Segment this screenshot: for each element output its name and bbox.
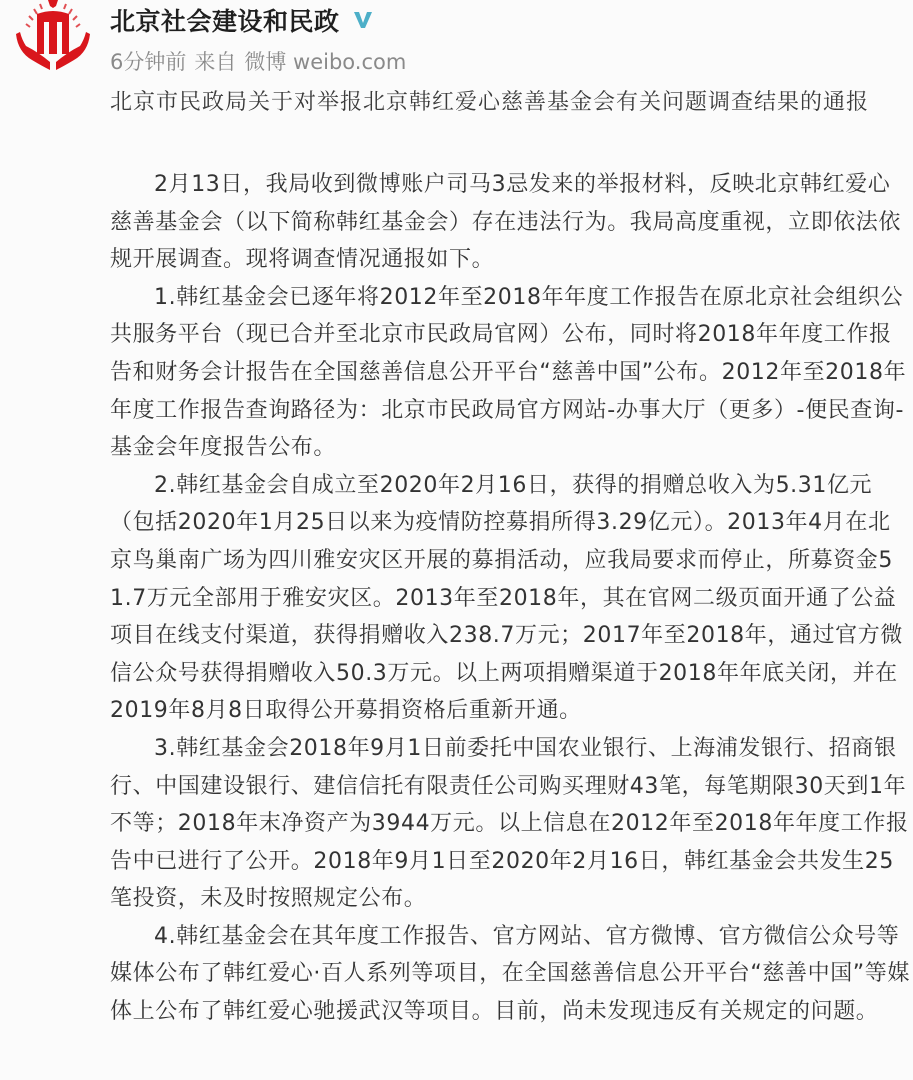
weibo-post: 北京社会建设和民政 6分钟前 来自 微博 weibo.com 北京市民政局关于对… [0, 0, 913, 1080]
post-title: 北京市民政局关于对举报北京韩红爱心慈善基金会有关问题调查结果的通报 [110, 84, 910, 121]
post-time[interactable]: 6分钟前 [110, 46, 186, 76]
verified-badge-icon [352, 9, 374, 31]
paragraph-item-2: 2.韩红基金会自成立至2020年2月16日，获得的捐赠总收入为5.31亿元（包括… [110, 467, 910, 730]
source-prefix: 来自 [194, 46, 236, 76]
paragraph-item-4: 4.韩红基金会在其年度工作报告、官方网站、官方微博、官方微信公众号等媒体公布了韩… [110, 918, 910, 1031]
post-header: 北京社会建设和民政 6分钟前 来自 微博 weibo.com [110, 2, 913, 76]
paragraph-intro: 2月13日，我局收到微博账户司马3忌发来的举报材料，反映北京韩红爱心慈善基金会（… [110, 166, 910, 279]
post-meta: 6分钟前 来自 微博 weibo.com [110, 46, 913, 76]
charity-hands-logo-icon [12, 0, 94, 72]
paragraph-item-1: 1.韩红基金会已逐年将2012年至2018年年度工作报告在原北京社会组织公共服务… [110, 279, 910, 467]
author-name[interactable]: 北京社会建设和民政 [110, 2, 340, 38]
user-row: 北京社会建设和民政 [110, 2, 913, 38]
post-content: 2月13日，我局收到微博账户司马3忌发来的举报材料，反映北京韩红爱心慈善基金会（… [110, 166, 910, 1031]
paragraph-item-3: 3.韩红基金会2018年9月1日前委托中国农业银行、上海浦发银行、招商银行、中国… [110, 730, 910, 918]
post-source[interactable]: 微博 weibo.com [244, 46, 406, 76]
avatar[interactable] [12, 0, 94, 72]
